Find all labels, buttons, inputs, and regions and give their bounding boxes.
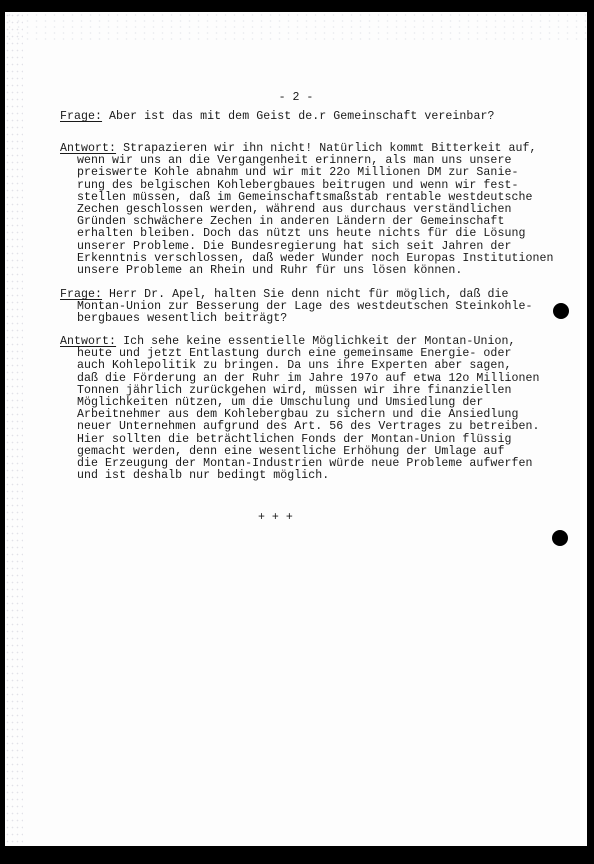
paragraph-line: erhalten bleiben. Doch das nützt uns heu…	[60, 228, 554, 240]
scan-noise	[5, 12, 587, 42]
answer-block: Antwort: Ich sehe keine essentielle Mögl…	[60, 336, 540, 482]
answer-label: Antwort:	[60, 142, 116, 155]
punch-hole-top	[553, 303, 569, 319]
paragraph-line: unsere Probleme an Rhein und Ruhr für un…	[60, 265, 554, 277]
paragraph-line: neuer Unternehmen aufgrund des Art. 56 d…	[60, 421, 540, 433]
line-text: Aber ist das mit dem Geist de.r Gemeinsc…	[102, 110, 494, 123]
scan-noise	[5, 12, 23, 846]
page-number: - 2 -	[5, 91, 587, 104]
line-text: Strapazieren wir ihn nicht! Natürlich ko…	[116, 142, 536, 155]
question-label: Frage:	[60, 288, 102, 301]
paragraph-first-line: Frage: Aber ist das mit dem Geist de.r G…	[60, 111, 494, 123]
paragraph-line: daß die Förderung an der Ruhr im Jahre 1…	[60, 373, 540, 385]
question-block: Frage: Herr Dr. Apel, halten Sie denn ni…	[60, 289, 532, 326]
end-mark: + + +	[258, 511, 293, 524]
question-block: Frage: Aber ist das mit dem Geist de.r G…	[60, 111, 494, 123]
punch-hole-bottom	[552, 530, 568, 546]
paragraph-line: rung des belgischen Kohlebergbaues beitr…	[60, 180, 554, 192]
paragraph-line: bergbaues wesentlich beiträgt?	[60, 313, 532, 325]
paragraph-line: preiswerte Kohle abnahm und wir mit 22o …	[60, 167, 554, 179]
answer-label: Antwort:	[60, 335, 116, 348]
paragraph-line: Hier sollten die beträchtlichen Fonds de…	[60, 434, 540, 446]
question-label: Frage:	[60, 110, 102, 123]
line-text: Ich sehe keine essentielle Möglichkeit d…	[116, 335, 515, 348]
answer-block: Antwort: Strapazieren wir ihn nicht! Nat…	[60, 143, 554, 277]
paragraph-line: unserer Probleme. Die Bundesregierung ha…	[60, 241, 554, 253]
paragraph-line: und ist deshalb nur bedingt möglich.	[60, 470, 540, 482]
line-text: Herr Dr. Apel, halten Sie denn nicht für…	[102, 288, 508, 301]
paragraph-line: auch Kohlepolitik zu bringen. Da uns ihr…	[60, 360, 540, 372]
document-page: - 2 - Frage: Aber ist das mit dem Geist …	[5, 12, 587, 846]
